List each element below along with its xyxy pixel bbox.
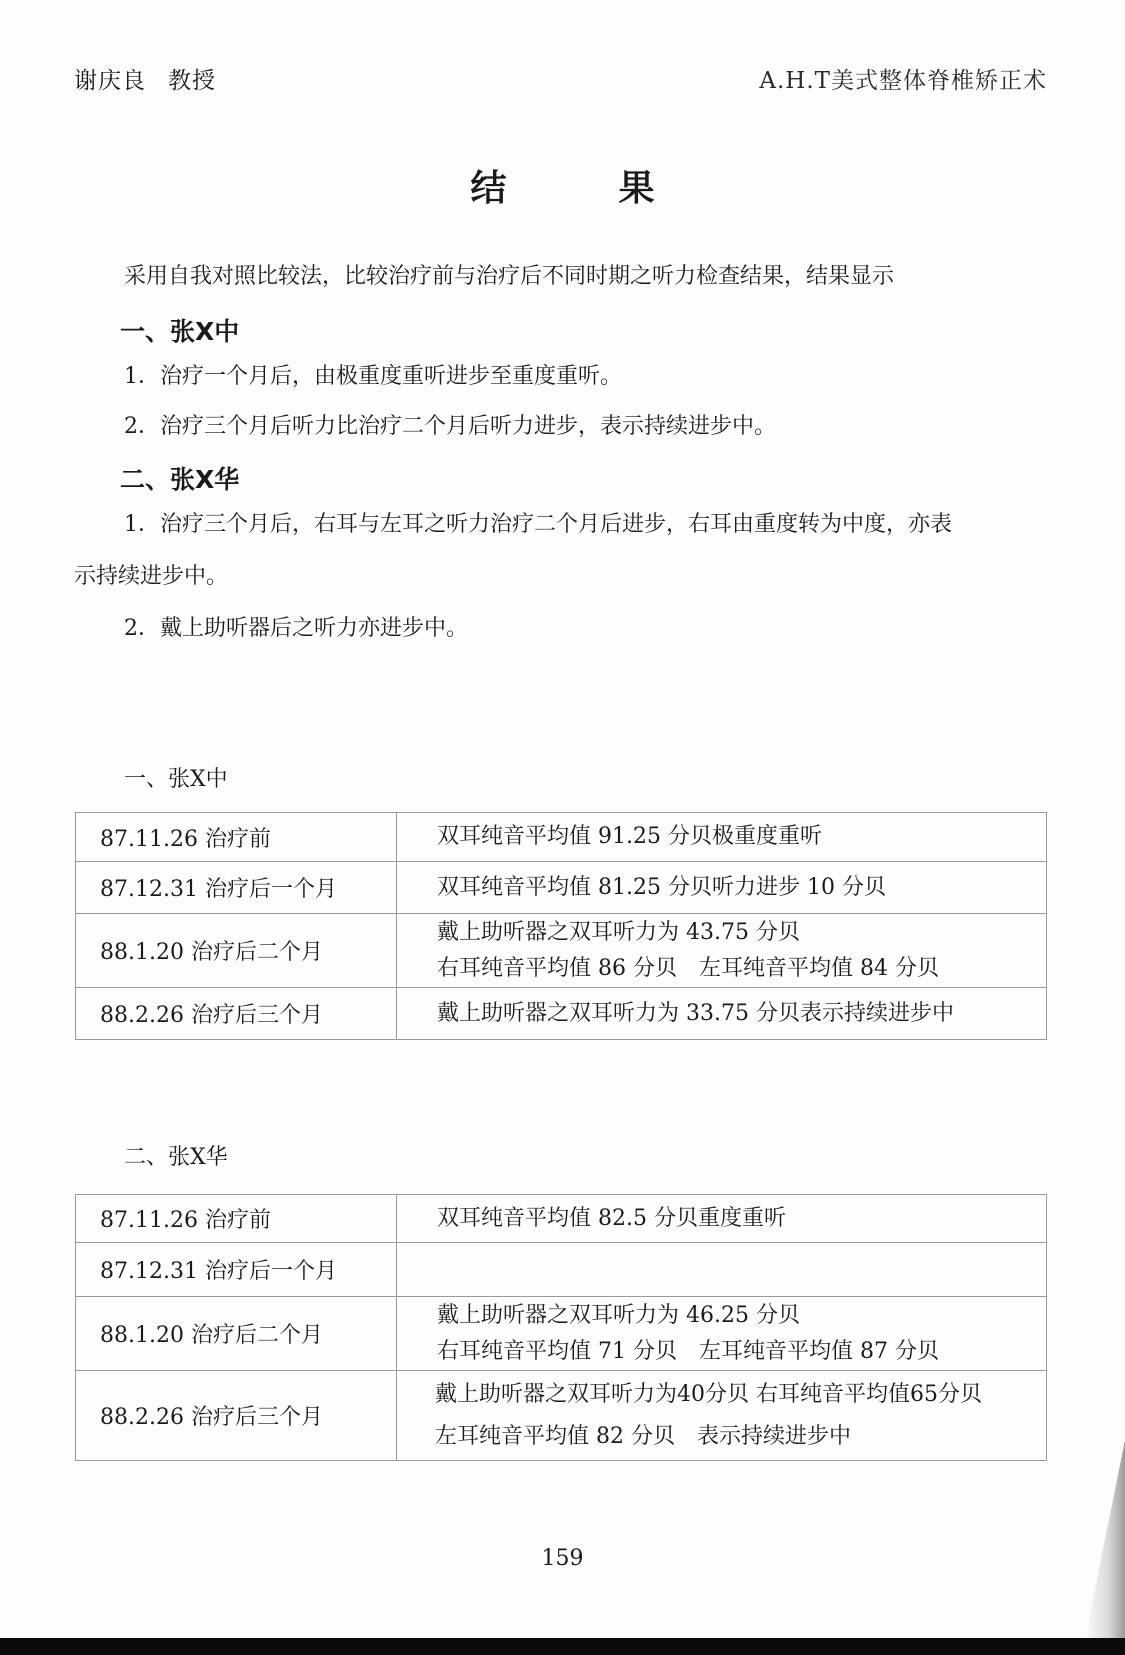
- section-2-item-2: 2．戴上助听器后之听力亦进步中。: [124, 614, 468, 644]
- section-1-item-2: 2．治疗三个月后听力比治疗二个月后听力进步，表示持续进步中。: [124, 412, 776, 442]
- book-page: 谢庆良教授 A.H.T美式整体脊椎矫正术 结果 采用自我对照比较法，比较治疗前与…: [0, 0, 1125, 1638]
- intro-paragraph: 采用自我对照比较法，比较治疗前与治疗后不同时期之听力检查结果，结果显示: [124, 262, 894, 292]
- table-cell-result: 双耳纯音平均值 91.25 分贝极重度重听: [397, 813, 1047, 862]
- result-line: 右耳纯音平均值 86 分贝 左耳纯音平均值 84 分贝: [437, 951, 1046, 987]
- result-line: 戴上助听器之双耳听力为 33.75 分贝表示持续进步中: [437, 996, 1046, 1032]
- table-cell-date: 87.12.31 治疗后一个月: [76, 862, 397, 914]
- table-2: 87.11.26 治疗前 双耳纯音平均值 82.5 分贝重度重听 87.12.3…: [75, 1194, 1047, 1461]
- table-cell-date: 88.2.26 治疗后三个月: [76, 988, 397, 1040]
- section-heading-1: 一、张X中: [120, 312, 239, 348]
- table-cell-date: 87.11.26 治疗前: [76, 813, 397, 862]
- table-row: 88.1.20 治疗后二个月 戴上助听器之双耳听力为 46.25 分贝 右耳纯音…: [76, 1297, 1047, 1371]
- table-cell-date: 88.1.20 治疗后二个月: [76, 1297, 397, 1371]
- result-line: 右耳纯音平均值 71 分贝 左耳纯音平均值 87 分贝: [437, 1334, 1046, 1370]
- table-cell-result: 戴上助听器之双耳听力为 43.75 分贝 右耳纯音平均值 86 分贝 左耳纯音平…: [397, 914, 1047, 988]
- table-1: 87.11.26 治疗前 双耳纯音平均值 91.25 分贝极重度重听 87.12…: [75, 812, 1047, 1040]
- section-1-item-1: 1．治疗一个月后，由极重度重听进步至重度重听。: [124, 362, 622, 392]
- table-cell-date: 87.12.31 治疗后一个月: [76, 1243, 397, 1297]
- table-cell-result: 戴上助听器之双耳听力为 46.25 分贝 右耳纯音平均值 71 分贝 左耳纯音平…: [397, 1297, 1047, 1371]
- table-cell-date: 88.2.26 治疗后三个月: [76, 1371, 397, 1461]
- table-2-caption: 二、张X华: [124, 1140, 228, 1171]
- table-cell-result: 戴上助听器之双耳听力为 33.75 分贝表示持续进步中: [397, 988, 1047, 1040]
- result-line: 双耳纯音平均值 91.25 分贝极重度重听: [437, 819, 1046, 855]
- section-2-item-1: 1．治疗三个月后，右耳与左耳之听力治疗二个月后进步，右耳由重度转为中度，亦表: [124, 510, 952, 540]
- page-curl-shadow: [1085, 1440, 1125, 1638]
- table-cell-date: 88.1.20 治疗后二个月: [76, 914, 397, 988]
- scan-border: [0, 1638, 1125, 1655]
- table-cell-result: 双耳纯音平均值 81.25 分贝听力进步 10 分贝: [397, 862, 1047, 914]
- running-header-author: 谢庆良教授: [74, 62, 216, 95]
- running-header-book-title: A.H.T美式整体脊椎矫正术: [759, 62, 1047, 95]
- table-row: 87.12.31 治疗后一个月: [76, 1243, 1047, 1297]
- result-line: 戴上助听器之双耳听力为40分贝 右耳纯音平均值65分贝: [435, 1374, 1046, 1416]
- table-row: 88.1.20 治疗后二个月 戴上助听器之双耳听力为 43.75 分贝 右耳纯音…: [76, 914, 1047, 988]
- table-cell-result: [397, 1243, 1047, 1297]
- section-heading-2: 二、张X华: [120, 460, 239, 496]
- author-title: 教授: [168, 68, 216, 94]
- result-line: 左耳纯音平均值 82 分贝 表示持续进步中: [435, 1416, 1046, 1458]
- table-cell-result: 戴上助听器之双耳听力为40分贝 右耳纯音平均值65分贝 左耳纯音平均值 82 分…: [397, 1371, 1047, 1461]
- table-row: 88.2.26 治疗后三个月 戴上助听器之双耳听力为40分贝 右耳纯音平均值65…: [76, 1371, 1047, 1461]
- table-cell-date: 87.11.26 治疗前: [76, 1195, 397, 1243]
- result-line: 戴上助听器之双耳听力为 43.75 分贝: [437, 915, 1046, 951]
- table-row: 87.11.26 治疗前 双耳纯音平均值 91.25 分贝极重度重听: [76, 813, 1047, 862]
- result-line: 双耳纯音平均值 82.5 分贝重度重听: [437, 1201, 1046, 1237]
- result-line: 双耳纯音平均值 81.25 分贝听力进步 10 分贝: [437, 870, 1046, 906]
- table-1-caption: 一、张X中: [124, 762, 228, 793]
- table-row: 88.2.26 治疗后三个月 戴上助听器之双耳听力为 33.75 分贝表示持续进…: [76, 988, 1047, 1040]
- section-2-item-1-cont: 示持续进步中。: [74, 562, 228, 592]
- table-row: 87.12.31 治疗后一个月 双耳纯音平均值 81.25 分贝听力进步 10 …: [76, 862, 1047, 914]
- title-char-1: 结: [470, 160, 506, 211]
- author-name: 谢庆良: [74, 68, 146, 94]
- page-title: 结果: [0, 160, 1125, 211]
- page-number: 159: [0, 1546, 1125, 1571]
- table-row: 87.11.26 治疗前 双耳纯音平均值 82.5 分贝重度重听: [76, 1195, 1047, 1243]
- result-line: 戴上助听器之双耳听力为 46.25 分贝: [437, 1298, 1046, 1334]
- table-cell-result: 双耳纯音平均值 82.5 分贝重度重听: [397, 1195, 1047, 1243]
- title-char-2: 果: [619, 160, 655, 211]
